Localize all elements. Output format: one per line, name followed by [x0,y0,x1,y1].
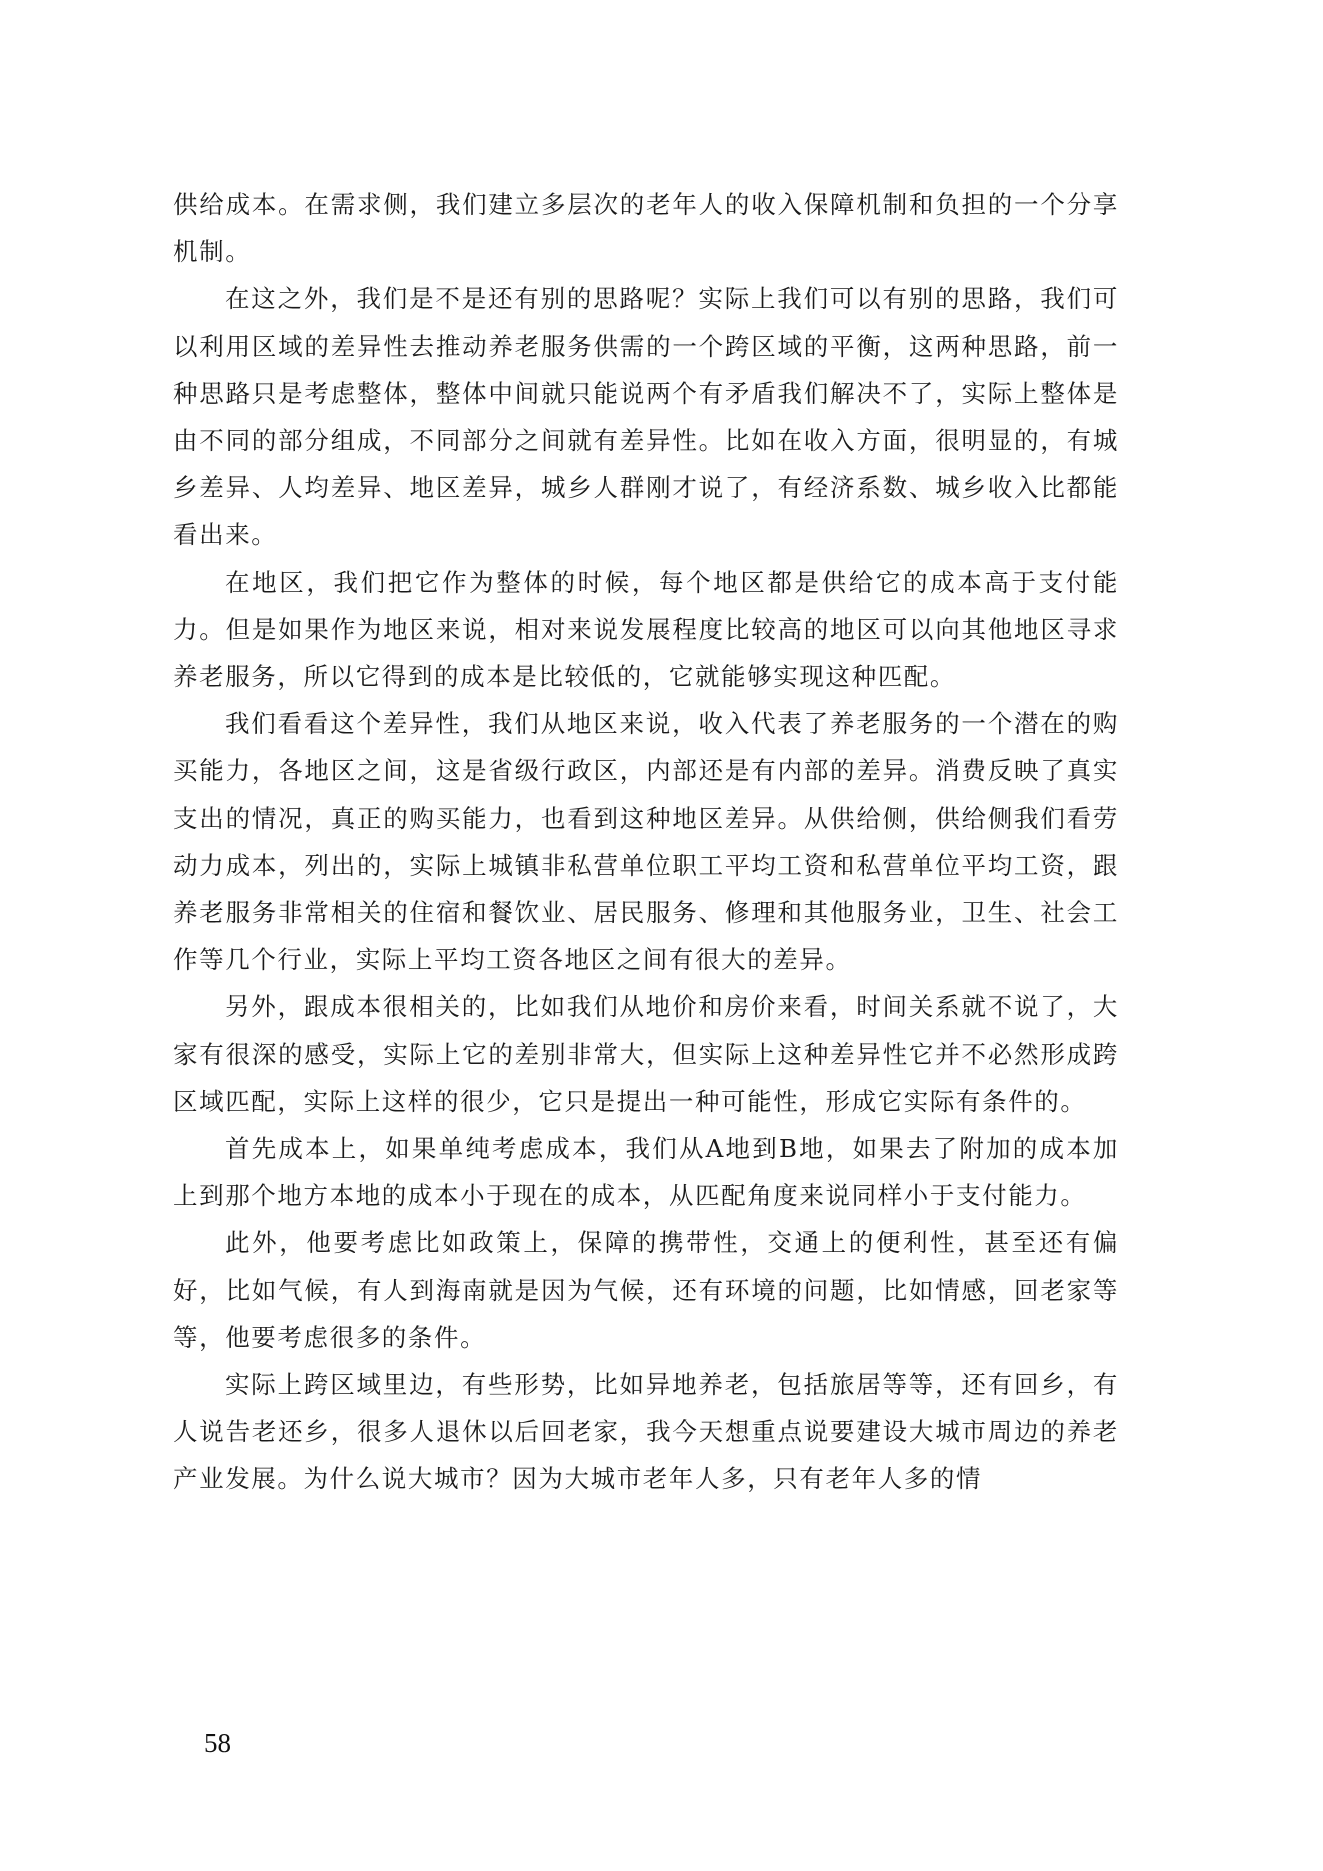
document-body: 供给成本。在需求侧，我们建立多层次的老年人的收入保障机制和负担的一个分享机制。 … [173,181,1119,1503]
paragraph-7: 此外，他要考虑比如政策上，保障的携带性，交通上的便利性，甚至还有偏好，比如气候，… [173,1219,1119,1361]
paragraph-8: 实际上跨区域里边，有些形势，比如异地养老，包括旅居等等，还有回乡，有人说告老还乡… [173,1361,1119,1503]
paragraph-3: 在地区，我们把它作为整体的时候，每个地区都是供给它的成本高于支付能力。但是如果作… [173,559,1119,701]
paragraph-6: 首先成本上，如果单纯考虑成本，我们从A地到B地，如果去了附加的成本加上到那个地方… [173,1125,1119,1219]
paragraph-1: 供给成本。在需求侧，我们建立多层次的老年人的收入保障机制和负担的一个分享机制。 [173,181,1119,275]
paragraph-4: 我们看看这个差异性，我们从地区来说，收入代表了养老服务的一个潜在的购买能力，各地… [173,700,1119,983]
page-number: 58 [204,1728,231,1759]
paragraph-5: 另外，跟成本很相关的，比如我们从地价和房价来看，时间关系就不说了，大家有很深的感… [173,983,1119,1125]
paragraph-2: 在这之外，我们是不是还有别的思路呢？实际上我们可以有别的思路，我们可以利用区域的… [173,275,1119,558]
